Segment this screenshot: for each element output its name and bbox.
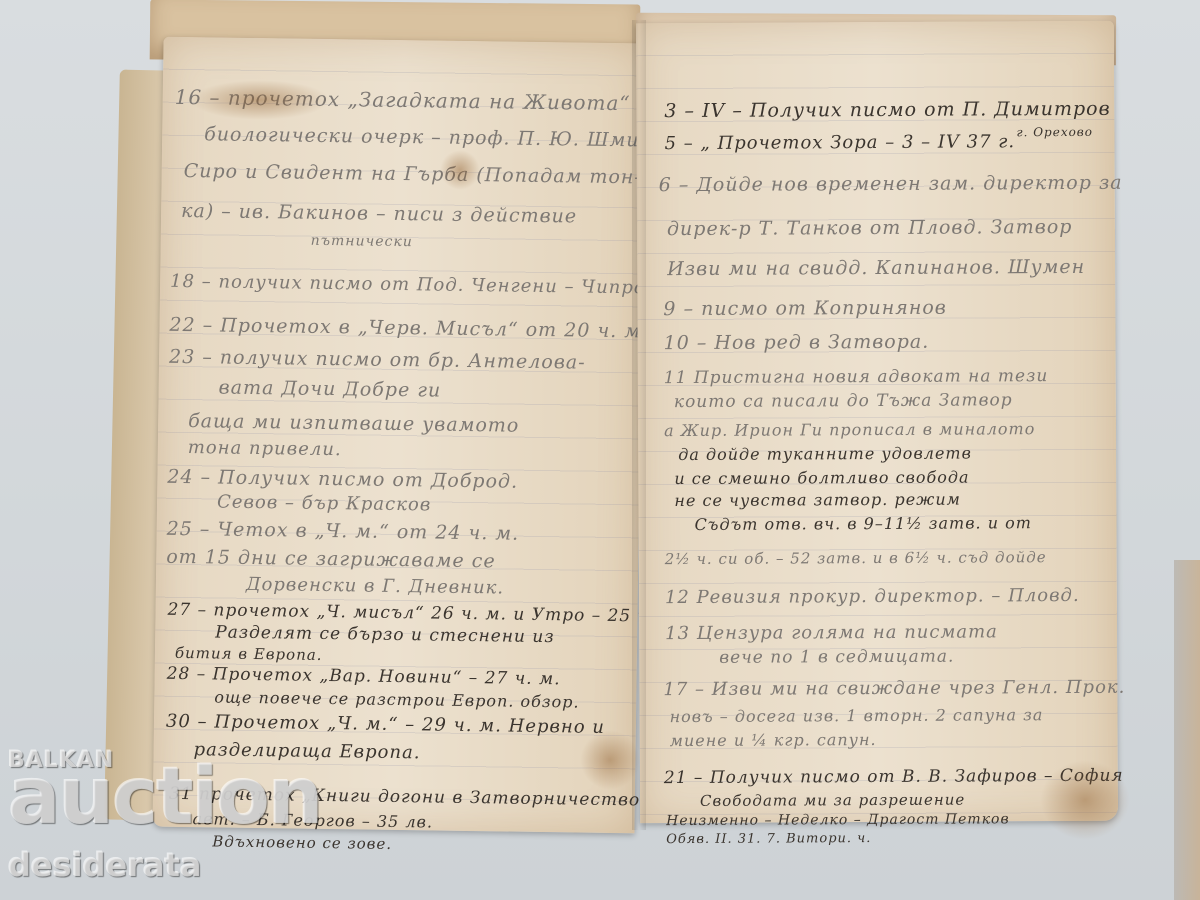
handwritten-line: 23 – получих писмо от бр. Антелова-: [169, 346, 586, 374]
handwritten-line: не се чувства затвор. режим: [674, 490, 961, 510]
handwritten-line: 22 – Прочетох в „Черв. Мисъл“ от 20 ч. м…: [169, 314, 648, 343]
handwritten-line: дирек-р Т. Танков от Пловд. Затвор: [667, 216, 1073, 240]
handwritten-line: 6 – Дойде нов временен зам. директор за: [659, 172, 1123, 196]
handwritten-line: новъ – досега изв. 1 вторн. 2 сапуна за: [669, 705, 1043, 726]
handwritten-line: бития в Европа.: [175, 644, 323, 664]
handwritten-line: 13 Цензура голяма на писмата: [665, 621, 998, 644]
handwritten-line: вече по 1 в седмицата.: [719, 647, 954, 668]
notebook-spine: [632, 20, 646, 830]
handwritten-line: Сиро и Свидент на Гърба (Попадам тон-: [184, 160, 642, 188]
handwritten-line: да дойде туканните удовлетв: [678, 444, 972, 465]
handwritten-line: тона привели.: [188, 437, 342, 460]
handwritten-line: 28 – Прочетох „Вар. Новини“ – 27 ч. м.: [167, 664, 561, 689]
handwritten-line: Изви ми на свидд. Капинанов. Шумен: [667, 256, 1085, 280]
handwritten-line: биологически очерк – проф. П. Ю. Шмидт.: [204, 123, 679, 152]
handwritten-line: 10 – Нов ред в Затвора.: [664, 331, 930, 354]
handwritten-line: 12 Ревизия прокур. директор. – Пловд.: [665, 585, 1080, 608]
handwritten-line: Съдът отв. вч. в 9–11½ затв. и от: [694, 513, 1031, 534]
right-page: 3 – IV – Получих писмо от П. Димитровг. …: [636, 21, 1118, 823]
handwritten-line: пътнически: [311, 233, 413, 250]
handwritten-line: 18 – получих писмо от Под. Ченгени – Чип…: [170, 271, 646, 299]
handwritten-line: 30 – Прочетох „Ч. м.“ – 29 ч. м. Нервно …: [166, 711, 605, 738]
handwritten-line: Свободата ми за разрешение: [700, 791, 965, 810]
handwritten-line: още повече се разстрои Европ. обзор.: [214, 687, 580, 711]
photo-scene: 16 – прочетох „Загадката на Живота“ –био…: [0, 0, 1200, 900]
handwritten-line: баща ми изпитваше увамото: [188, 410, 519, 437]
stain: [1040, 760, 1130, 840]
stain: [580, 730, 640, 790]
handwritten-line: а Жир. Ирион Ги прописал в миналото: [664, 419, 1035, 440]
handwritten-line: Неизменно – Неделко – Драгост Петков: [666, 811, 1010, 829]
handwritten-line: 9 – писмо от Копринянов: [663, 297, 947, 320]
handwritten-line: вата Дочи Добре ги: [218, 376, 441, 401]
stain: [190, 80, 330, 120]
handwritten-line: 2½ ч. си об. – 52 затв. и в 6½ ч. съд до…: [665, 548, 1047, 568]
handwritten-line: ка) – ив. Бакинов – писи з действие: [181, 200, 577, 228]
left-page: 16 – прочетох „Загадката на Живота“ –био…: [153, 37, 646, 834]
watermark-desiderata: desiderata: [8, 846, 202, 884]
handwritten-line: г. Орехово: [1016, 125, 1093, 139]
adjacent-book-edge: [1174, 560, 1200, 900]
handwritten-line: 24 – Получих писмо от Доброд.: [167, 466, 518, 493]
handwritten-line: 17 – Изви ми на свиждане чрез Генл. Прок…: [663, 677, 1125, 700]
handwritten-line: Севов – бър Красков: [217, 491, 431, 515]
handwritten-line: които са писали до Тъжа Затвор: [674, 390, 1013, 412]
handwritten-line: 5 – „ Прочетох Зора – 3 – IV 37 г.: [664, 131, 1015, 154]
handwritten-line: 3 – IV – Получих писмо от П. Димитров: [664, 98, 1110, 122]
handwritten-line: Обяв. II. 31. 7. Витори. ч.: [666, 831, 871, 847]
handwritten-line: от 15 дни се загрижаваме се: [166, 546, 496, 573]
watermark-auction: auction: [8, 752, 322, 842]
handwritten-line: 25 – Четох в „Ч. м.“ от 24 ч. м.: [167, 518, 520, 545]
handwritten-line: Разделят се бързо и стеснени из: [215, 622, 555, 647]
handwritten-line: и се смешно болтливо свобода: [674, 468, 969, 489]
handwritten-line: Дорвенски в Г. Дневник.: [246, 574, 505, 599]
handwritten-line: 11 Пристигна новия адвокат на тези: [664, 366, 1049, 388]
stain: [440, 150, 480, 190]
handwritten-line: миене и ¼ кгр. сапун.: [670, 730, 877, 750]
